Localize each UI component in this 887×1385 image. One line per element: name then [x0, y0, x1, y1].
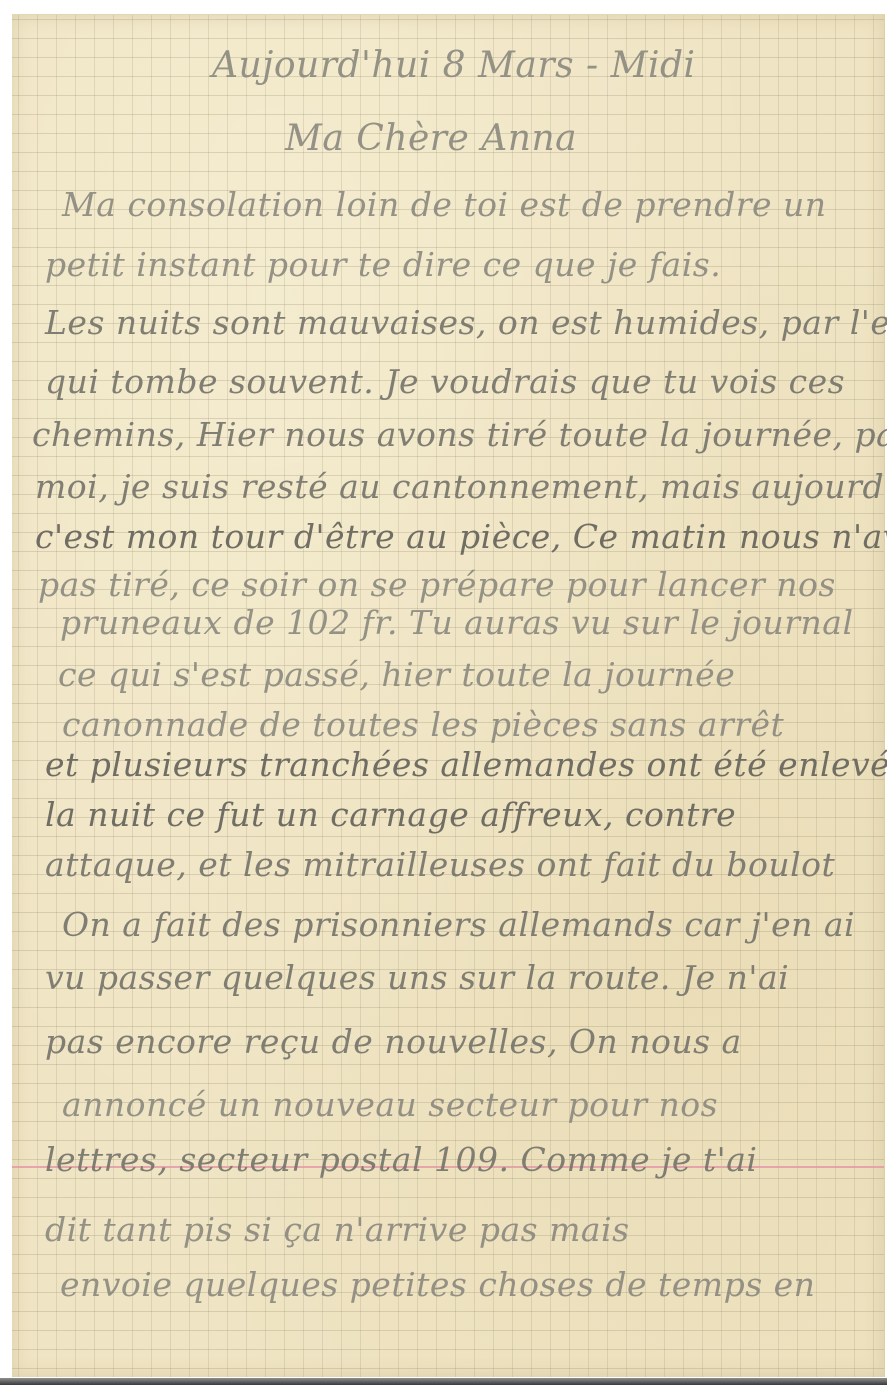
letter-line: Ma consolation loin de toi est de prendr…: [62, 185, 827, 224]
letter-line: dit tant pis si ça n'arrive pas mais: [45, 1210, 630, 1249]
letter-line: attaque, et les mitrailleuses ont fait d…: [45, 845, 835, 884]
letter-line: pas encore reçu de nouvelles, On nous a: [45, 1022, 742, 1061]
letter-line: Les nuits sont mauvaises, on est humides…: [45, 303, 887, 342]
letter-line: c'est mon tour d'être au pièce, Ce matin…: [35, 517, 887, 556]
letter-line: la nuit ce fut un carnage affreux, contr…: [45, 795, 736, 834]
letter-line: chemins, Hier nous avons tiré toute la j…: [32, 415, 887, 454]
letter-line: pas tiré, ce soir on se prépare pour lan…: [38, 565, 836, 604]
letter-line: petit instant pour te dire ce que je fai…: [45, 245, 721, 284]
scan-edge: [0, 1378, 887, 1385]
letter-salutation: Ma Chère Anna: [285, 118, 577, 159]
letter-date-heading: Aujourd'hui 8 Mars - Midi: [212, 45, 696, 86]
letter-line: annoncé un nouveau secteur pour nos: [62, 1085, 718, 1124]
letter-line: lettres, secteur postal 109. Comme je t'…: [45, 1140, 758, 1179]
letter-line: pruneaux de 102 fr. Tu auras vu sur le j…: [60, 603, 854, 642]
letter-line: et plusieurs tranchées allemandes ont ét…: [45, 745, 887, 784]
letter-line: ce qui s'est passé, hier toute la journé…: [58, 655, 735, 694]
letter-line: canonnade de toutes les pièces sans arrê…: [62, 705, 784, 744]
letter-line: envoie quelques petites choses de temps …: [60, 1265, 815, 1304]
letter-line: moi, je suis resté au cantonnement, mais…: [35, 467, 887, 506]
letter-line: qui tombe souvent. Je voudrais que tu vo…: [45, 362, 845, 401]
letter-line: vu passer quelques uns sur la route. Je …: [45, 958, 789, 997]
letter-line: On a fait des prisonniers allemands car …: [62, 905, 855, 944]
